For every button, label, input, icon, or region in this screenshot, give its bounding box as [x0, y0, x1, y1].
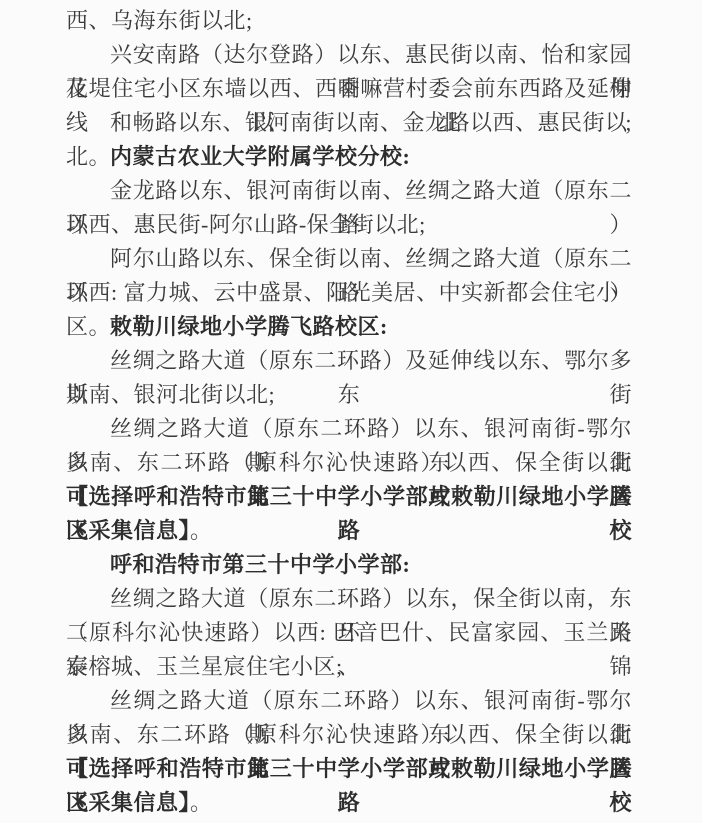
text-segment: 以南、银河北街以北; — [66, 382, 275, 407]
text-segment: 。 — [190, 790, 213, 815]
document-page: 西、乌海东街以北;兴安南路（达尔登路）以东、惠民街以南、怡和家园及香榭花堤住宅小… — [0, 0, 702, 823]
text-line: 和畅路以东、银河南街以南、金龙路以西、惠民街以北。 — [66, 106, 632, 140]
section-heading: 敕勒川绿地小学腾飞路校区: — [66, 310, 632, 344]
text-line: 以南、东二环路（原科尔沁快速路）以西、保全街以北【此片区 — [66, 446, 632, 480]
text-line: 阿尔山路以东、保全街以南、丝绸之路大道（原东二环路） — [66, 242, 632, 276]
text-line: 以南、东二环路（原科尔沁快速路）以西、保全街以北【此片区 — [66, 718, 632, 752]
text-segment: 以南、东二环路（原科尔沁快速路）以西、保全街以北 — [66, 450, 632, 475]
text-line: 花堤住宅小区东墙以西、西喇嘛营村委会前东西路及延伸线以北; — [66, 72, 632, 106]
text-segment: 呼和浩特市第三十中学小学部: — [110, 552, 410, 577]
text-line: （原科尔沁快速路）以西: 巴音巴什、民富家园、玉兰天宸、锦 — [66, 616, 632, 650]
section-heading: 内蒙古农业大学附属学校分校: — [66, 140, 632, 174]
text-segment: 敕勒川绿地小学腾飞路校区: — [110, 314, 388, 339]
text-line: 西、乌海东街以北; — [66, 4, 632, 38]
text-line: 金龙路以东、银河南街以南、丝绸之路大道（原东二环路） — [66, 174, 632, 208]
text-segment: 区采集信息】 — [66, 518, 190, 543]
text-line: 丝绸之路大道（原东二环路）以东，保全街以南，东二环路 — [66, 582, 632, 616]
text-line: 丝绸之路大道（原东二环路）及延伸线以东、鄂尔多斯东街 — [66, 344, 632, 378]
section-heading: 呼和浩特市第三十中学小学部: — [66, 548, 632, 582]
text-segment: 。 — [190, 518, 213, 543]
text-line: 丝绸之路大道（原东二环路）以东、银河南街-鄂尔多斯东街 — [66, 684, 632, 718]
text-line: 以西: 富力城、云中盛景、阳光美居、中实新都会住宅小区。 — [66, 276, 632, 310]
text-line: 兴安南路（达尔登路）以东、惠民街以南、怡和家园及香榭 — [66, 38, 632, 72]
text-line: 可选择呼和浩特市第三十中学小学部或敕勒川绿地小学腾飞路校 — [66, 480, 632, 514]
text-segment: 内蒙古农业大学附属学校分校: — [110, 144, 410, 169]
text-line: 可选择呼和浩特市第三十中学小学部或敕勒川绿地小学腾飞路校 — [66, 752, 632, 786]
text-segment: 以西、惠民街-阿尔山路-保全街以北; — [66, 212, 426, 237]
document-body: 西、乌海东街以北;兴安南路（达尔登路）以东、惠民街以南、怡和家园及香榭花堤住宅小… — [66, 4, 632, 820]
text-segment: 以南、东二环路（原科尔沁快速路）以西、保全街以北 — [66, 722, 632, 747]
text-segment: 西、乌海东街以北; — [66, 8, 253, 33]
text-segment: 泰榕城、玉兰星宸住宅小区; — [66, 654, 343, 679]
text-line: 丝绸之路大道（原东二环路）以东、银河南街-鄂尔多斯东街 — [66, 412, 632, 446]
text-segment: 区采集信息】 — [66, 790, 190, 815]
